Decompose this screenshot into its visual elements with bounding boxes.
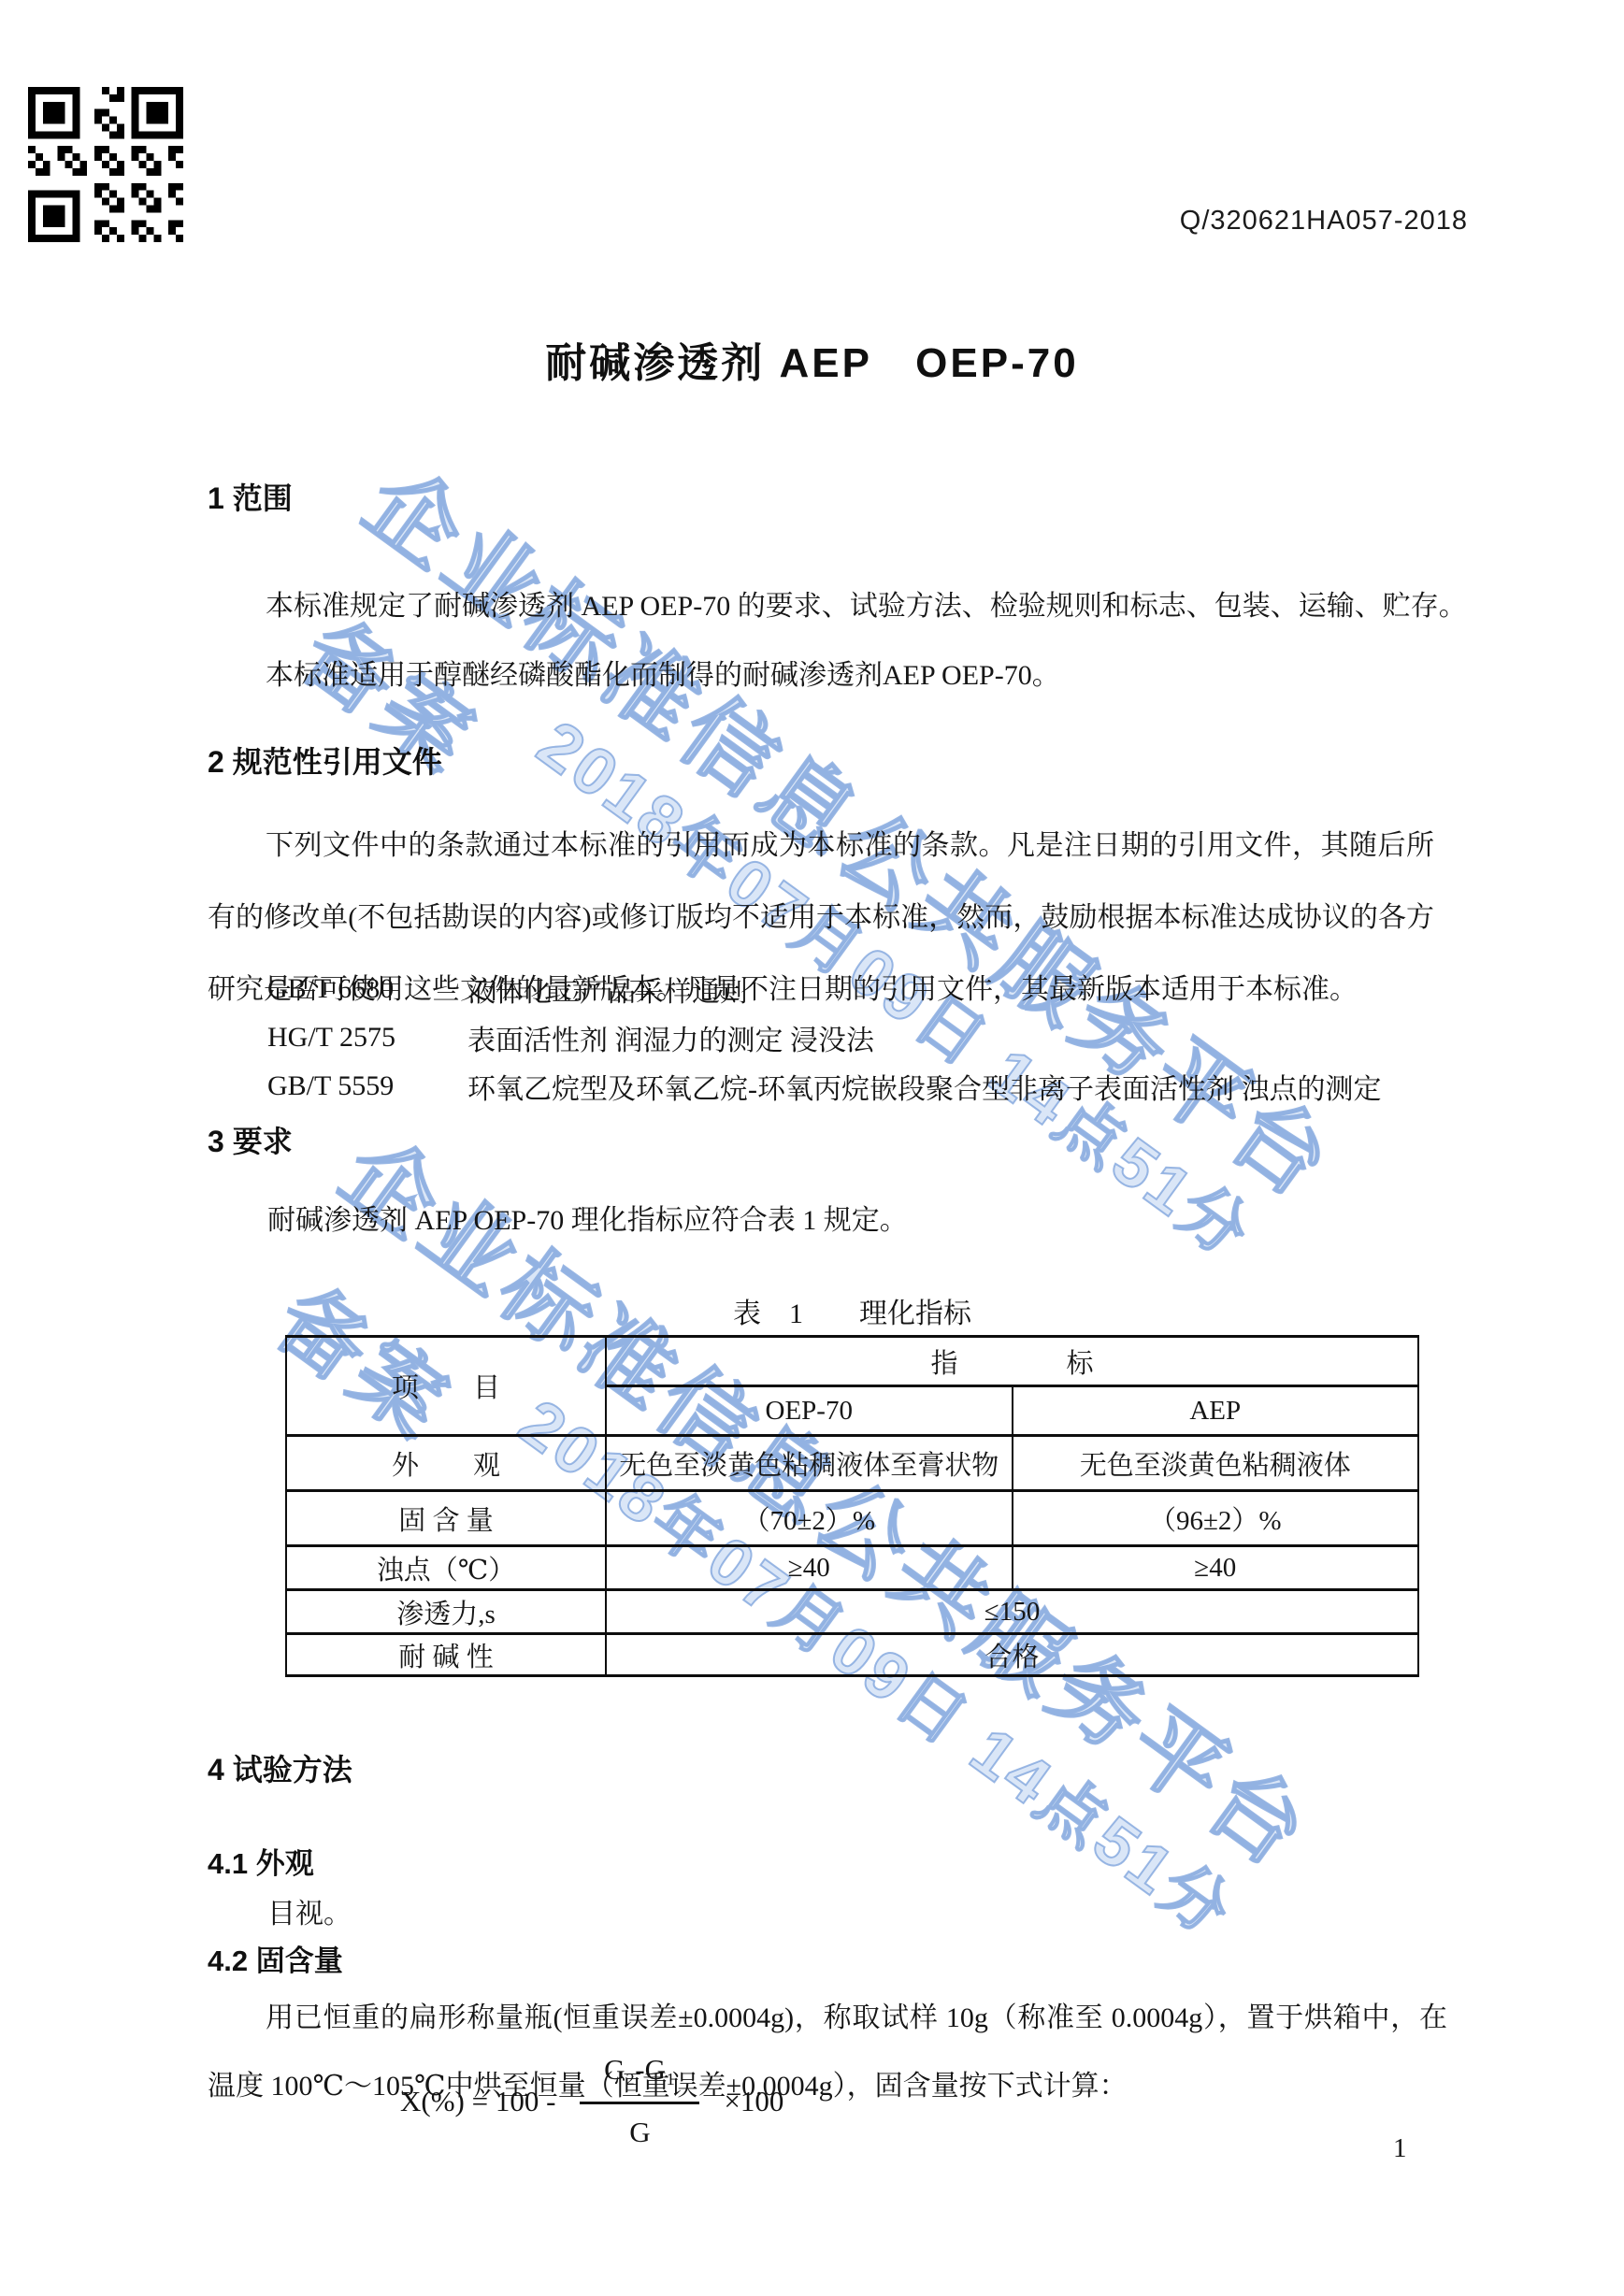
reference-title: 表面活性剂 润湿力的测定 浸没法 <box>467 1017 874 1058</box>
qr-code <box>28 87 183 242</box>
reference-code: HG/T 2575 <box>267 1022 467 1054</box>
table-row-alkali-resistance: 耐 碱 性 合格 <box>286 1634 1418 1676</box>
row-aep-cell: 无色至淡黄色粘稠液体 <box>1013 1436 1419 1491</box>
reference-row: HG/T 2575 表面活性剂 润湿力的测定 浸没法 <box>267 1013 1445 1062</box>
doc-number: Q/320621HA057-2018 <box>1180 206 1468 237</box>
section-1-paragraph-2: 本标准适用于醇醚经磷酸酯化而制得的耐碱渗透剂AEP OEP-70。 <box>208 641 1451 710</box>
section-4-heading: 4 试验方法 <box>208 1746 352 1789</box>
section-4-1-body: 目视。 <box>267 1890 352 1931</box>
reference-code: GB/T 6680 <box>267 973 467 1005</box>
row-oep70-cell: ≥40 <box>606 1546 1013 1590</box>
reference-title: 液体化工产品采样通则 <box>467 969 748 1010</box>
page-title: 耐碱渗透剂 AEP OEP-70 <box>0 329 1624 389</box>
section-3-heading: 3 要求 <box>208 1118 293 1161</box>
header-aep-cell: AEP <box>1013 1386 1419 1436</box>
formula-prefix: X(%) = 100 - <box>400 2085 555 2118</box>
row-name-cell: 固 含 量 <box>286 1491 606 1546</box>
section-1-heading: 1 范围 <box>208 475 293 518</box>
row-value-cell: ≤150 <box>606 1590 1418 1634</box>
section-4-2-heading: 4.2 固含量 <box>208 1937 343 1979</box>
formula-numerator: G₂-G₁ <box>591 2053 689 2102</box>
table-caption: 表 1 理化指标 <box>285 1290 1419 1331</box>
header-item-cell: 项 目 <box>286 1337 606 1436</box>
reference-code: GB/T 5559 <box>267 1070 467 1102</box>
row-name-cell: 渗透力,s <box>286 1590 606 1634</box>
table-row-cloud-point: 浊点（℃） ≥40 ≥40 <box>286 1546 1418 1590</box>
spec-table: 项 目 指 标 OEP-70 AEP 外 观 无色至淡黄色粘稠液体至膏状物 无色… <box>285 1335 1419 1677</box>
section-2-heading: 2 规范性引用文件 <box>208 739 442 782</box>
qr-code-image <box>28 87 183 242</box>
row-name-cell: 浊点（℃） <box>286 1546 606 1590</box>
formula-suffix: ×100 <box>724 2085 783 2118</box>
document-page: 企业标准信息公共服务平台 备案 2018年07月09日 14点51分 企业标准信… <box>0 0 1624 2296</box>
row-aep-cell: ≥40 <box>1013 1546 1419 1590</box>
reference-row: GB/T 6680 液体化工产品采样通则 <box>267 965 1445 1013</box>
reference-title: 环氧乙烷型及环氧乙烷-环氧丙烷嵌段聚合型非离子表面活性剂 浊点的测定 <box>467 1066 1382 1107</box>
table-row-penetration: 渗透力,s ≤150 <box>286 1590 1418 1634</box>
row-oep70-cell: （70±2）% <box>606 1491 1013 1546</box>
header-indicator-cell: 指 标 <box>606 1337 1418 1386</box>
row-value-cell: 合格 <box>606 1634 1418 1676</box>
row-oep70-cell: 无色至淡黄色粘稠液体至膏状物 <box>606 1436 1013 1491</box>
reference-list: GB/T 6680 液体化工产品采样通则 HG/T 2575 表面活性剂 润湿力… <box>267 965 1445 1111</box>
table-row-solid-content: 固 含 量 （70±2）% （96±2）% <box>286 1491 1418 1546</box>
row-aep-cell: （96±2）% <box>1013 1491 1419 1546</box>
header-oep70-cell: OEP-70 <box>606 1386 1013 1436</box>
section-3-intro: 耐碱渗透剂 AEP OEP-70 理化指标应符合表 1 规定。 <box>267 1197 908 1238</box>
reference-row: GB/T 5559 环氧乙烷型及环氧乙烷-环氧丙烷嵌段聚合型非离子表面活性剂 浊… <box>267 1062 1445 1111</box>
formula-denominator: G <box>629 2104 650 2149</box>
table-header-row: 项 目 指 标 <box>286 1337 1418 1386</box>
row-name-cell: 外 观 <box>286 1436 606 1491</box>
section-4-1-heading: 4.1 外观 <box>208 1840 314 1882</box>
solid-content-formula: X(%) = 100 - G₂-G₁ G ×100 <box>400 2053 783 2149</box>
section-1-body: 本标准规定了耐碱渗透剂 AEP OEP-70 的要求、试验方法、检验规则和标志、… <box>208 572 1451 710</box>
formula-fraction: G₂-G₁ G <box>580 2053 699 2149</box>
section-1-paragraph-1: 本标准规定了耐碱渗透剂 AEP OEP-70 的要求、试验方法、检验规则和标志、… <box>208 572 1451 641</box>
table-row-appearance: 外 观 无色至淡黄色粘稠液体至膏状物 无色至淡黄色粘稠液体 <box>286 1436 1418 1491</box>
section-4-2-body: 用已恒重的扁形称量瓶(恒重误差±0.0004g)，称取试样 10g（称准至 0.… <box>208 1984 1447 2120</box>
row-name-cell: 耐 碱 性 <box>286 1634 606 1676</box>
page-number: 1 <box>1393 2133 1407 2164</box>
